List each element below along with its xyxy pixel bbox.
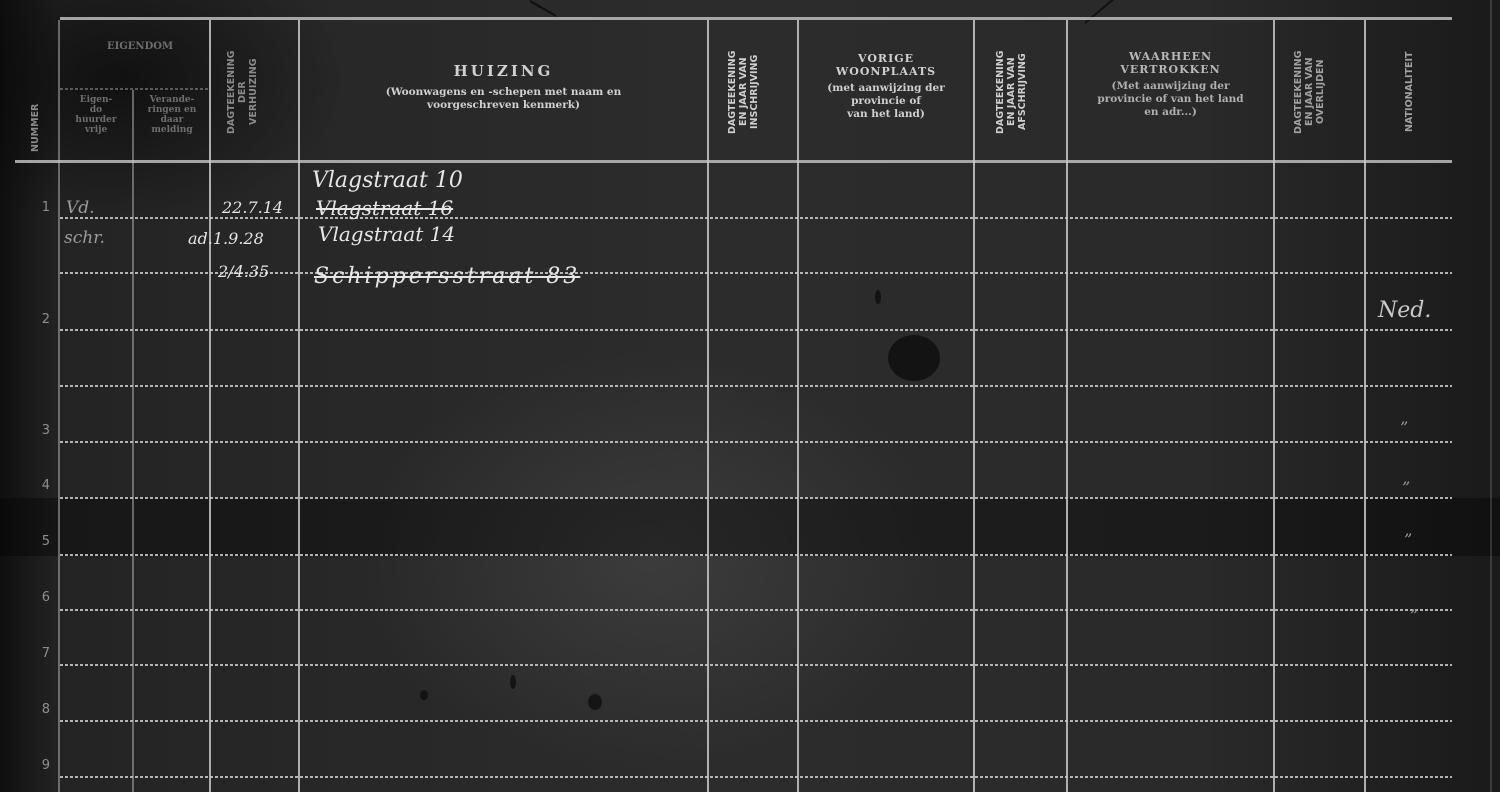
ink-speck — [510, 675, 516, 689]
header-date-registration: DAGTEEKENING EN JAAR VAN INSCHRIJVING — [727, 28, 760, 156]
col-divider — [973, 20, 975, 792]
ink-speck — [420, 690, 428, 700]
entry-nationality-ditto-3: ” — [1404, 530, 1412, 549]
row-number: 3 — [30, 423, 50, 438]
header-group-sub-right: Verande- ringen en daar melding — [135, 95, 209, 135]
row-line — [60, 609, 1452, 611]
row-number: 2 — [30, 312, 50, 327]
entry-date-3: 2/4.35 — [218, 262, 269, 281]
row-number: 7 — [30, 646, 50, 661]
entry-address-1: Vlagstraat 10 — [312, 168, 463, 193]
header-date-move: DAGTEEKENING DER VERHUIZING — [226, 28, 259, 156]
entry-address-2: Vlagstraat 16 — [316, 196, 453, 220]
row-line — [60, 441, 1452, 443]
header-previous-residence-sub: (met aanwijzing der provincie of van het… — [799, 82, 973, 121]
header-address: HUIZING (Woonwagens en -schepen met naam… — [300, 62, 707, 112]
entry-date-2: ad.1.9.28 — [188, 229, 264, 248]
ink-speck — [875, 290, 881, 304]
row-line — [60, 329, 1452, 331]
row-number: 1 — [30, 200, 50, 215]
header-previous-residence-title: VORIGE WOONPLAATS — [799, 52, 973, 78]
header-moved-to-sub: (Met aanwijzing der provincie of van het… — [1068, 80, 1273, 119]
col-divider — [1066, 20, 1068, 792]
top-border — [60, 17, 1452, 20]
row-line — [60, 720, 1452, 722]
group-header-divider — [60, 88, 210, 90]
row-line — [60, 385, 1452, 387]
register-sheet: NUMMER EIGENDOM Eigen- do huurder vrije … — [0, 0, 1500, 792]
header-moved-to-title: WAARHEEN VERTROKKEN — [1068, 50, 1273, 76]
row-number: 4 — [30, 478, 50, 493]
header-moved-to: WAARHEEN VERTROKKEN (Met aanwijzing der … — [1068, 50, 1273, 119]
col-divider — [1364, 20, 1366, 792]
header-address-sub: (Woonwagens en -schepen met naam en voor… — [300, 86, 707, 112]
row-line — [60, 664, 1452, 666]
shadow-band — [0, 498, 1500, 556]
col-divider — [1273, 20, 1275, 792]
header-group-top: EIGENDOM — [85, 42, 195, 52]
header-nationality: NATIONALITEIT — [1404, 28, 1415, 156]
col-divider — [797, 20, 799, 792]
col-divider — [298, 20, 300, 792]
col-divider — [58, 20, 60, 792]
row-line — [60, 217, 1452, 219]
entry-nationality-ditto-2: ” — [1402, 478, 1410, 497]
row-number: 6 — [30, 590, 50, 605]
stain — [888, 335, 940, 381]
col-divider — [132, 90, 134, 792]
header-previous-residence: VORIGE WOONPLAATS (met aanwijzing der pr… — [799, 52, 973, 121]
row-line — [60, 554, 1452, 556]
entry-col2-line1: Vd. — [66, 198, 95, 218]
header-bottom-border — [15, 160, 1452, 163]
page-edge — [1490, 0, 1492, 792]
row-number: 9 — [30, 758, 50, 773]
entry-address-4: Schippersstraat 83 — [314, 264, 580, 289]
scratch — [530, 0, 557, 17]
col-divider — [209, 20, 211, 792]
entry-nationality: Ned. — [1378, 298, 1431, 323]
col-divider — [707, 20, 709, 792]
header-row-number: NUMMER — [30, 100, 41, 155]
header-date-death: DAGTEEKENING EN JAAR VAN OVERLIJDEN — [1293, 28, 1326, 156]
row-line — [60, 776, 1452, 778]
row-number: 5 — [30, 534, 50, 549]
row-number: 8 — [30, 702, 50, 717]
header-date-deregistration: DAGTEEKENING EN JAAR VAN AFSCHRIJVING — [995, 28, 1028, 156]
ink-blot — [588, 694, 602, 710]
entry-date-1: 22.7.14 — [222, 198, 283, 217]
entry-col2-line2: schr. — [64, 228, 105, 248]
header-address-title: HUIZING — [300, 62, 707, 80]
entry-nationality-ditto-4: ” — [1410, 606, 1418, 625]
header-group-sub-left: Eigen- do huurder vrije — [62, 95, 130, 135]
scratch — [1084, 0, 1116, 24]
row-line — [60, 497, 1452, 499]
entry-address-3: Vlagstraat 14 — [318, 222, 455, 246]
entry-nationality-ditto-1: ” — [1400, 418, 1408, 437]
